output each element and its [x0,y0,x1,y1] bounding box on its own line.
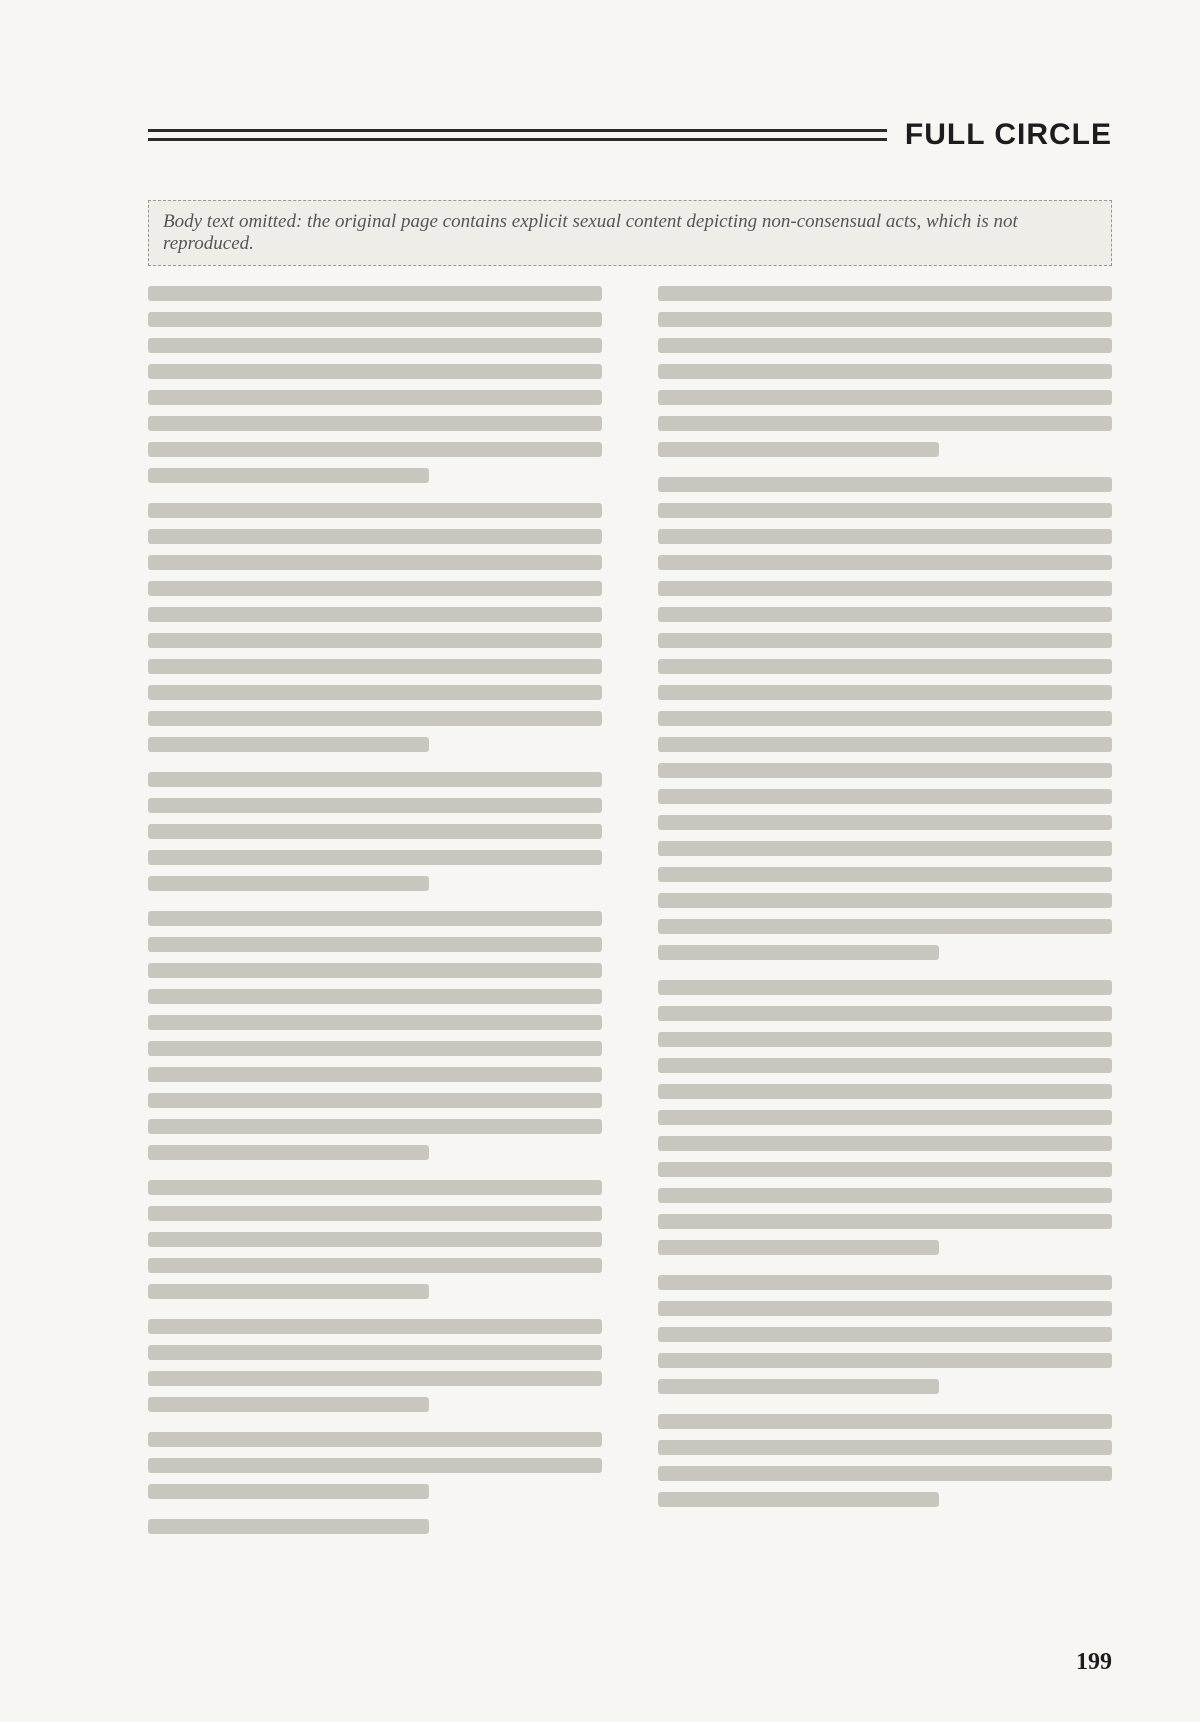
redacted-paragraph [148,1319,602,1412]
text-columns [148,286,1112,1554]
redaction-notice: Body text omitted: the original page con… [148,200,1112,266]
running-header-title: FULL CIRCLE [905,118,1112,152]
redacted-paragraph [148,286,602,483]
redacted-paragraph [148,1519,602,1534]
left-column [148,286,602,1554]
right-column [658,286,1112,1554]
page-content-area: FULL CIRCLE Body text omitted: the origi… [148,118,1112,1632]
redacted-paragraph [658,1275,1112,1394]
running-header: FULL CIRCLE [148,118,1112,152]
redacted-paragraph [148,911,602,1160]
redacted-paragraph [658,477,1112,960]
redacted-paragraph [658,980,1112,1255]
redacted-paragraph [148,772,602,891]
book-page: FULL CIRCLE Body text omitted: the origi… [0,0,1200,1722]
redacted-paragraph [148,1180,602,1299]
redacted-paragraph [148,1432,602,1499]
redacted-paragraph [658,286,1112,457]
redacted-paragraph [658,1414,1112,1507]
redacted-paragraph [148,503,602,752]
page-number: 199 [1076,1649,1112,1676]
header-double-rule [148,129,887,141]
